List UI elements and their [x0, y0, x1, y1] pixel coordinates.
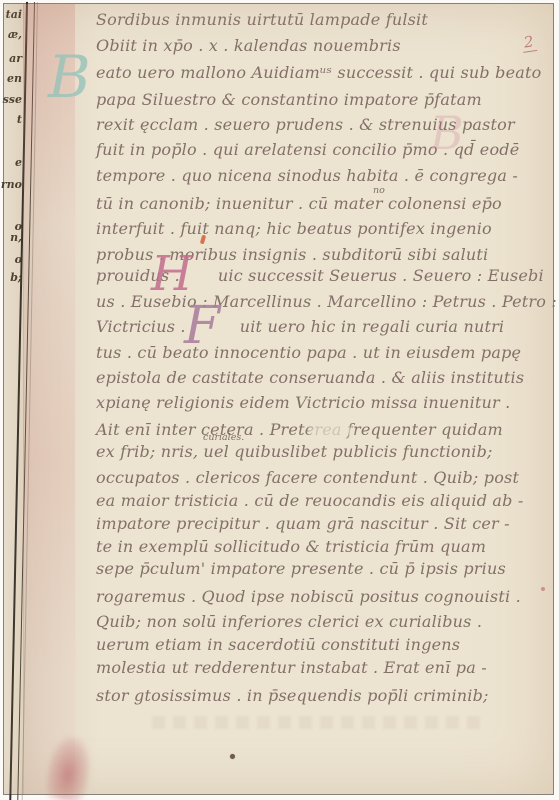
manuscript-text-line: impatore precipitur . quam grā nascitur …	[96, 513, 510, 535]
manuscript-text-line: ex frib; nris, uel quibuslibet publicis …	[96, 441, 493, 463]
manuscript-text-line: occupatos . clericos facere contendunt .…	[96, 467, 519, 489]
interlinear-gloss-curiales: curiales.	[203, 432, 244, 443]
small-pink-mark	[541, 587, 545, 591]
manuscript-text-line: stor gtosissimus . in p̄sequendis pop̄li…	[96, 685, 489, 707]
illuminated-initial-b: B	[48, 54, 91, 102]
manuscript-text-line: eato uero mallono Auidiamᵘˢ successit . …	[96, 62, 541, 84]
parchment-hole	[230, 754, 235, 759]
text-block: Sordibus inmunis uirtutū lampade fulsitO…	[4, 4, 553, 794]
manuscript-text-line: tempore . quo nicena sinodus habita . ē …	[96, 165, 518, 187]
text-segment: uic successit Seuerus . Seuero : Eusebi	[218, 266, 544, 285]
manuscript-text-line: ea maior tristicia . cū de reuocandis ei…	[96, 490, 524, 512]
text-segment: Victricius .	[96, 317, 186, 336]
text-segment: uit uero hic in regali curia nutri	[240, 317, 505, 336]
rubricated-initial-f: F	[184, 305, 220, 348]
manuscript-text-line: molestia ut redderentur instabat . Erat …	[96, 657, 487, 679]
interlinear-gloss-materno: no	[373, 185, 385, 196]
rubricated-initial-h: H	[151, 255, 193, 294]
manuscript-text-line: Victricius .uit uero hic in regali curia…	[96, 316, 504, 338]
manuscript-scan: taiæ,arensseternoon,ob; Sordibus inmunis…	[0, 0, 559, 800]
erasure-smudge	[308, 423, 354, 439]
manuscript-text-line: rogaremus . Quod ipse nobiscū positus co…	[96, 586, 521, 608]
folio-number: 2	[521, 32, 537, 53]
manuscript-text-line: tū in canonib; inuenitur . cū mater colo…	[96, 193, 502, 215]
showthrough-initial: B	[430, 115, 464, 153]
manuscript-text-line: xpianę religionis eidem Victricio missa …	[96, 392, 510, 414]
manuscript-text-line: te in exemplū sollicitudo & tristicia fr…	[96, 536, 486, 558]
manuscript-text-line: Sordibus inmunis uirtutū lampade fulsit	[96, 9, 428, 31]
manuscript-text-line: Obiit in xp̄o . x . kalendas nouembris	[96, 35, 401, 57]
manuscript-text-line: papa Siluestro & constantino impatore p̄…	[96, 89, 482, 111]
manuscript-page: taiæ,arensseternoon,ob; Sordibus inmunis…	[3, 3, 554, 795]
manuscript-text-line: uerum etiam in sacerdotiū constituti ing…	[96, 634, 460, 656]
manuscript-text-line: tus . cū beato innocentio papa . ut in e…	[96, 342, 521, 364]
manuscript-text-line: sepe p̄culum' impatore presente . cū p̄ …	[96, 558, 506, 580]
manuscript-text-line: interfuit . fuit nanq; hic beatus pontif…	[96, 218, 492, 240]
manuscript-text-line: Ait enī inter cetera . Preterea frequent…	[96, 419, 503, 441]
manuscript-text-line: epistola de castitate conseruanda . & al…	[96, 367, 524, 389]
manuscript-text-line: Quib; non solū inferiores clerici ex cur…	[96, 611, 482, 633]
verso-showthrough-text	[152, 716, 482, 729]
